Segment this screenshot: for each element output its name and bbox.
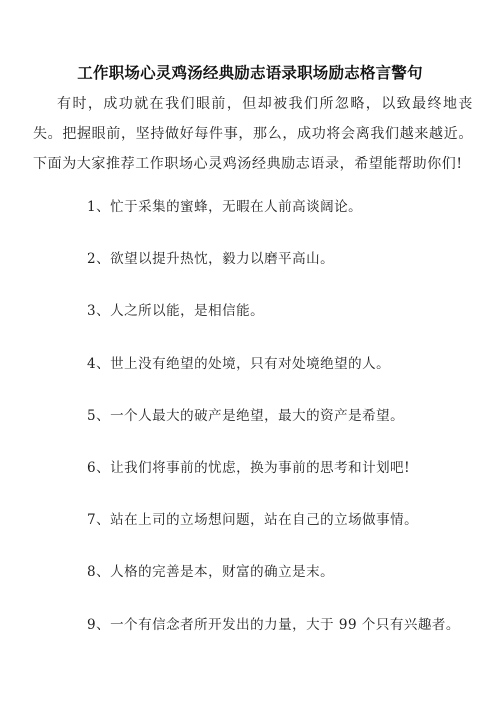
quote-list: 1、忙于采集的蜜蜂，无暇在人前高谈阔论。 2、欲望以提升热忱，毅力以磨平高山。 … xyxy=(87,197,487,667)
quote-item: 8、人格的完善是本，财富的确立是末。 xyxy=(87,562,487,614)
quote-item: 5、一个人最大的破产是绝望，最大的资产是希望。 xyxy=(87,406,487,458)
quote-item: 2、欲望以提升热忱，毅力以磨平高山。 xyxy=(87,249,487,301)
quote-item: 9、一个有信念者所开发出的力量，大于 99 个只有兴趣者。 xyxy=(87,615,487,667)
quote-item: 7、站在上司的立场想问题，站在自己的立场做事情。 xyxy=(87,510,487,562)
quote-item: 1、忙于采集的蜜蜂，无暇在人前高谈阔论。 xyxy=(87,197,487,249)
document-title: 工作职场心灵鸡汤经典励志语录职场励志格言警句 xyxy=(0,63,500,83)
quote-item: 6、让我们将事前的忧虑，换为事前的思考和计划吧! xyxy=(87,458,487,510)
document-page: 工作职场心灵鸡汤经典励志语录职场励志格言警句 有时，成功就在我们眼前，但却被我们… xyxy=(0,0,500,708)
quote-item: 4、世上没有绝望的处境，只有对处境绝望的人。 xyxy=(87,354,487,406)
quote-item: 3、人之所以能，是相信能。 xyxy=(87,301,487,353)
intro-paragraph: 有时，成功就在我们眼前，但却被我们所忽略，以致最终地丧失。把握眼前，坚持做好每件… xyxy=(33,89,473,179)
